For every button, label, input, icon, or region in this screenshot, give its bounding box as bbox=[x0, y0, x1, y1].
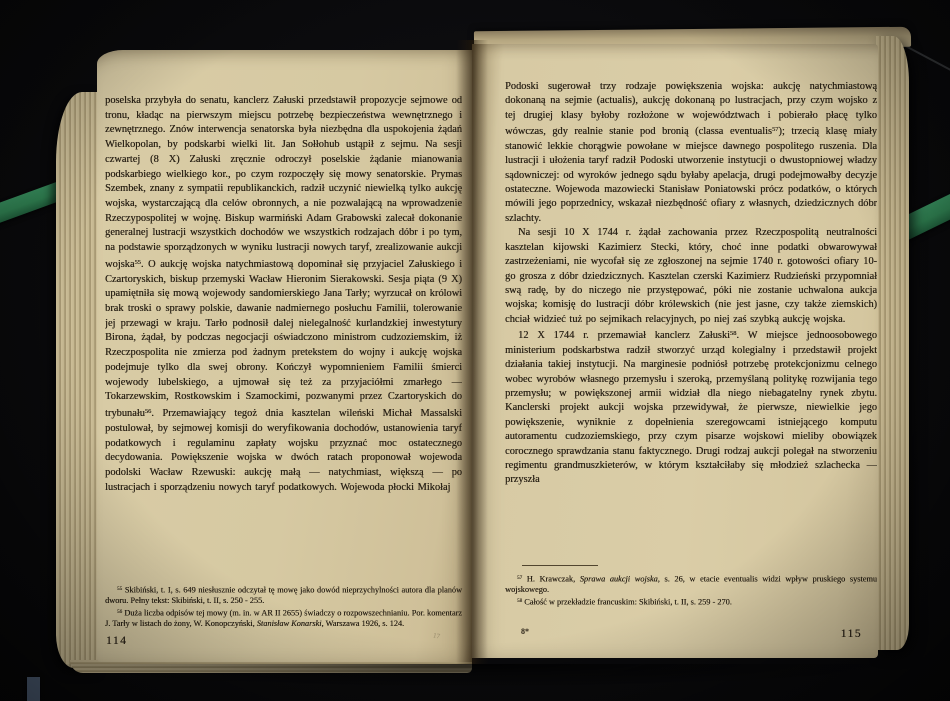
footnote-57: 57 H. Krawczak, Sprawa aukcji wojska, s.… bbox=[505, 573, 877, 596]
page-number-left: 114 bbox=[106, 635, 127, 647]
right-page-paragraph-1: Podoski sugerował trzy rodzaje powiększe… bbox=[505, 80, 877, 226]
right-page: Podoski sugerował trzy rodzaje powiększe… bbox=[472, 44, 878, 658]
book-photo-scene: poselska przybyła do senatu, kanclerz Za… bbox=[0, 0, 950, 701]
footnote-56: 56 Duża liczba odpisów tej mowy (m. in. … bbox=[105, 607, 462, 630]
printer-signature-mark: 8* bbox=[521, 627, 529, 636]
bottom-left-object bbox=[27, 677, 40, 701]
left-page-paragraph: poselska przybyła do senatu, kanclerz Za… bbox=[105, 94, 462, 495]
right-page-body-text: Podoski sugerował trzy rodzaje powiększe… bbox=[505, 80, 877, 576]
right-page-edges bbox=[876, 36, 909, 650]
right-page-footnotes: 57 H. Krawczak, Sprawa aukcji wojska, s.… bbox=[505, 573, 877, 608]
right-page-paragraph-3: 12 X 1744 r. przemawiał kanclerz Załuski… bbox=[505, 327, 877, 488]
pencil-mark: 17 bbox=[432, 631, 440, 640]
left-page: poselska przybyła do senatu, kanclerz Za… bbox=[97, 50, 472, 662]
right-page-paragraph-2: Na sesji 10 X 1744 r. żądał zachowania p… bbox=[505, 226, 877, 327]
footnote-55: 55 Skibiński, t. I, s. 649 niesłusznie o… bbox=[105, 584, 462, 607]
footnote-58: 58 Całość w przekładzie francuskim: Skib… bbox=[505, 596, 877, 608]
page-number-right: 115 bbox=[841, 628, 862, 640]
book-bottom-shadow bbox=[60, 664, 890, 686]
footnote-separator-rule bbox=[522, 565, 598, 566]
left-page-edges bbox=[56, 92, 99, 668]
left-page-footnotes: 55 Skibiński, t. I, s. 649 niesłusznie o… bbox=[105, 584, 462, 630]
left-page-body-text: poselska przybyła do senatu, kanclerz Za… bbox=[105, 94, 462, 570]
